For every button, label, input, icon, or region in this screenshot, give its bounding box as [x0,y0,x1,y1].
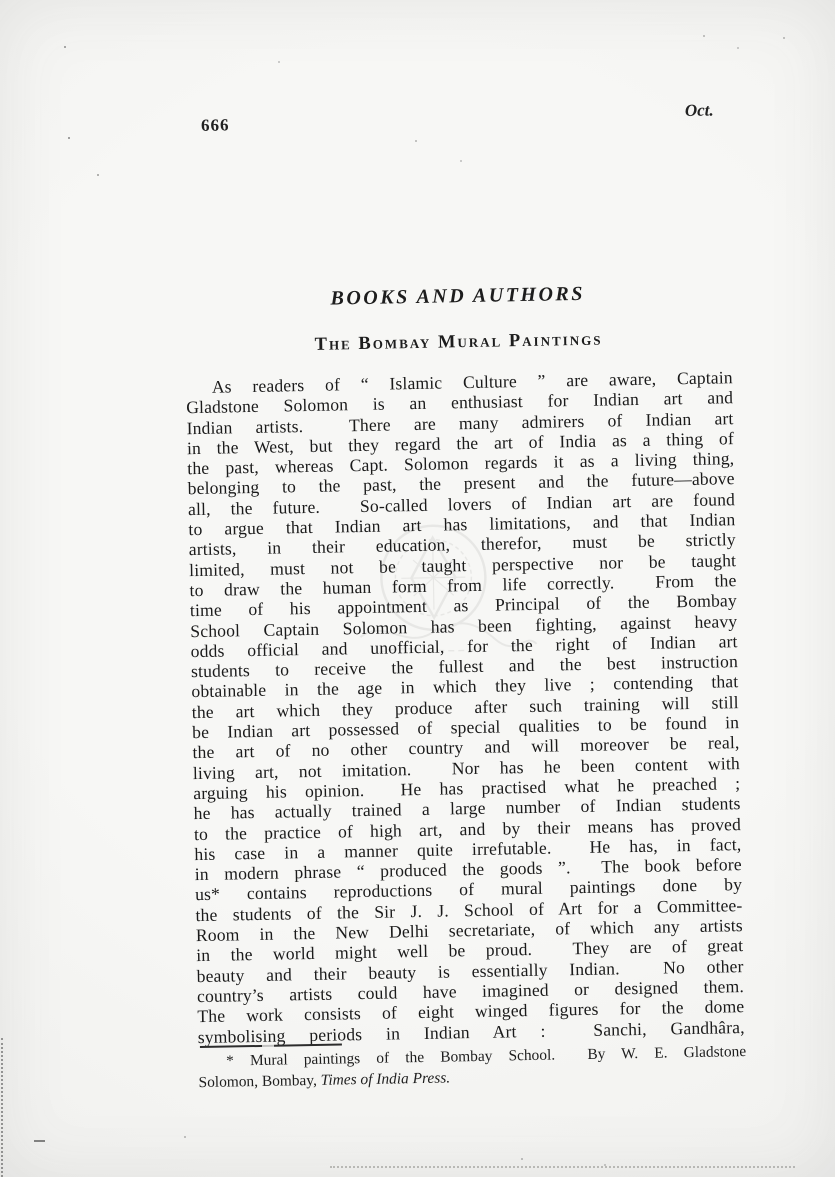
footnote-publisher: Times of India Press. [321,1069,451,1088]
footnote-text: Solomon, Bombay, [198,1071,320,1090]
page-number: 666 [201,115,230,136]
scan-edge-artifact-left [1,1038,3,1177]
article-column: BOOKS AND AUTHORS The Bombay Mural Paint… [184,280,745,1047]
scan-edge-artifact-bottom [330,1166,795,1168]
issue-month-label: Oct. [685,100,714,121]
section-title: BOOKS AND AUTHORS [184,280,731,313]
scan-speck-artifacts [64,46,66,48]
footnote: * Mural paintings of the Bombay School. … [198,1036,747,1093]
scan-dash-artifact [34,1140,45,1142]
page-content: 666 Oct. BOOKS AND AUTHORS The Bombay Mu… [0,0,835,1177]
body-lines: As readers of “ Islamic Culture ” are aw… [186,367,745,1047]
scanned-page: 666 Oct. BOOKS AND AUTHORS The Bombay Mu… [0,0,835,1177]
article-title: The Bombay Mural Paintings [185,327,732,358]
